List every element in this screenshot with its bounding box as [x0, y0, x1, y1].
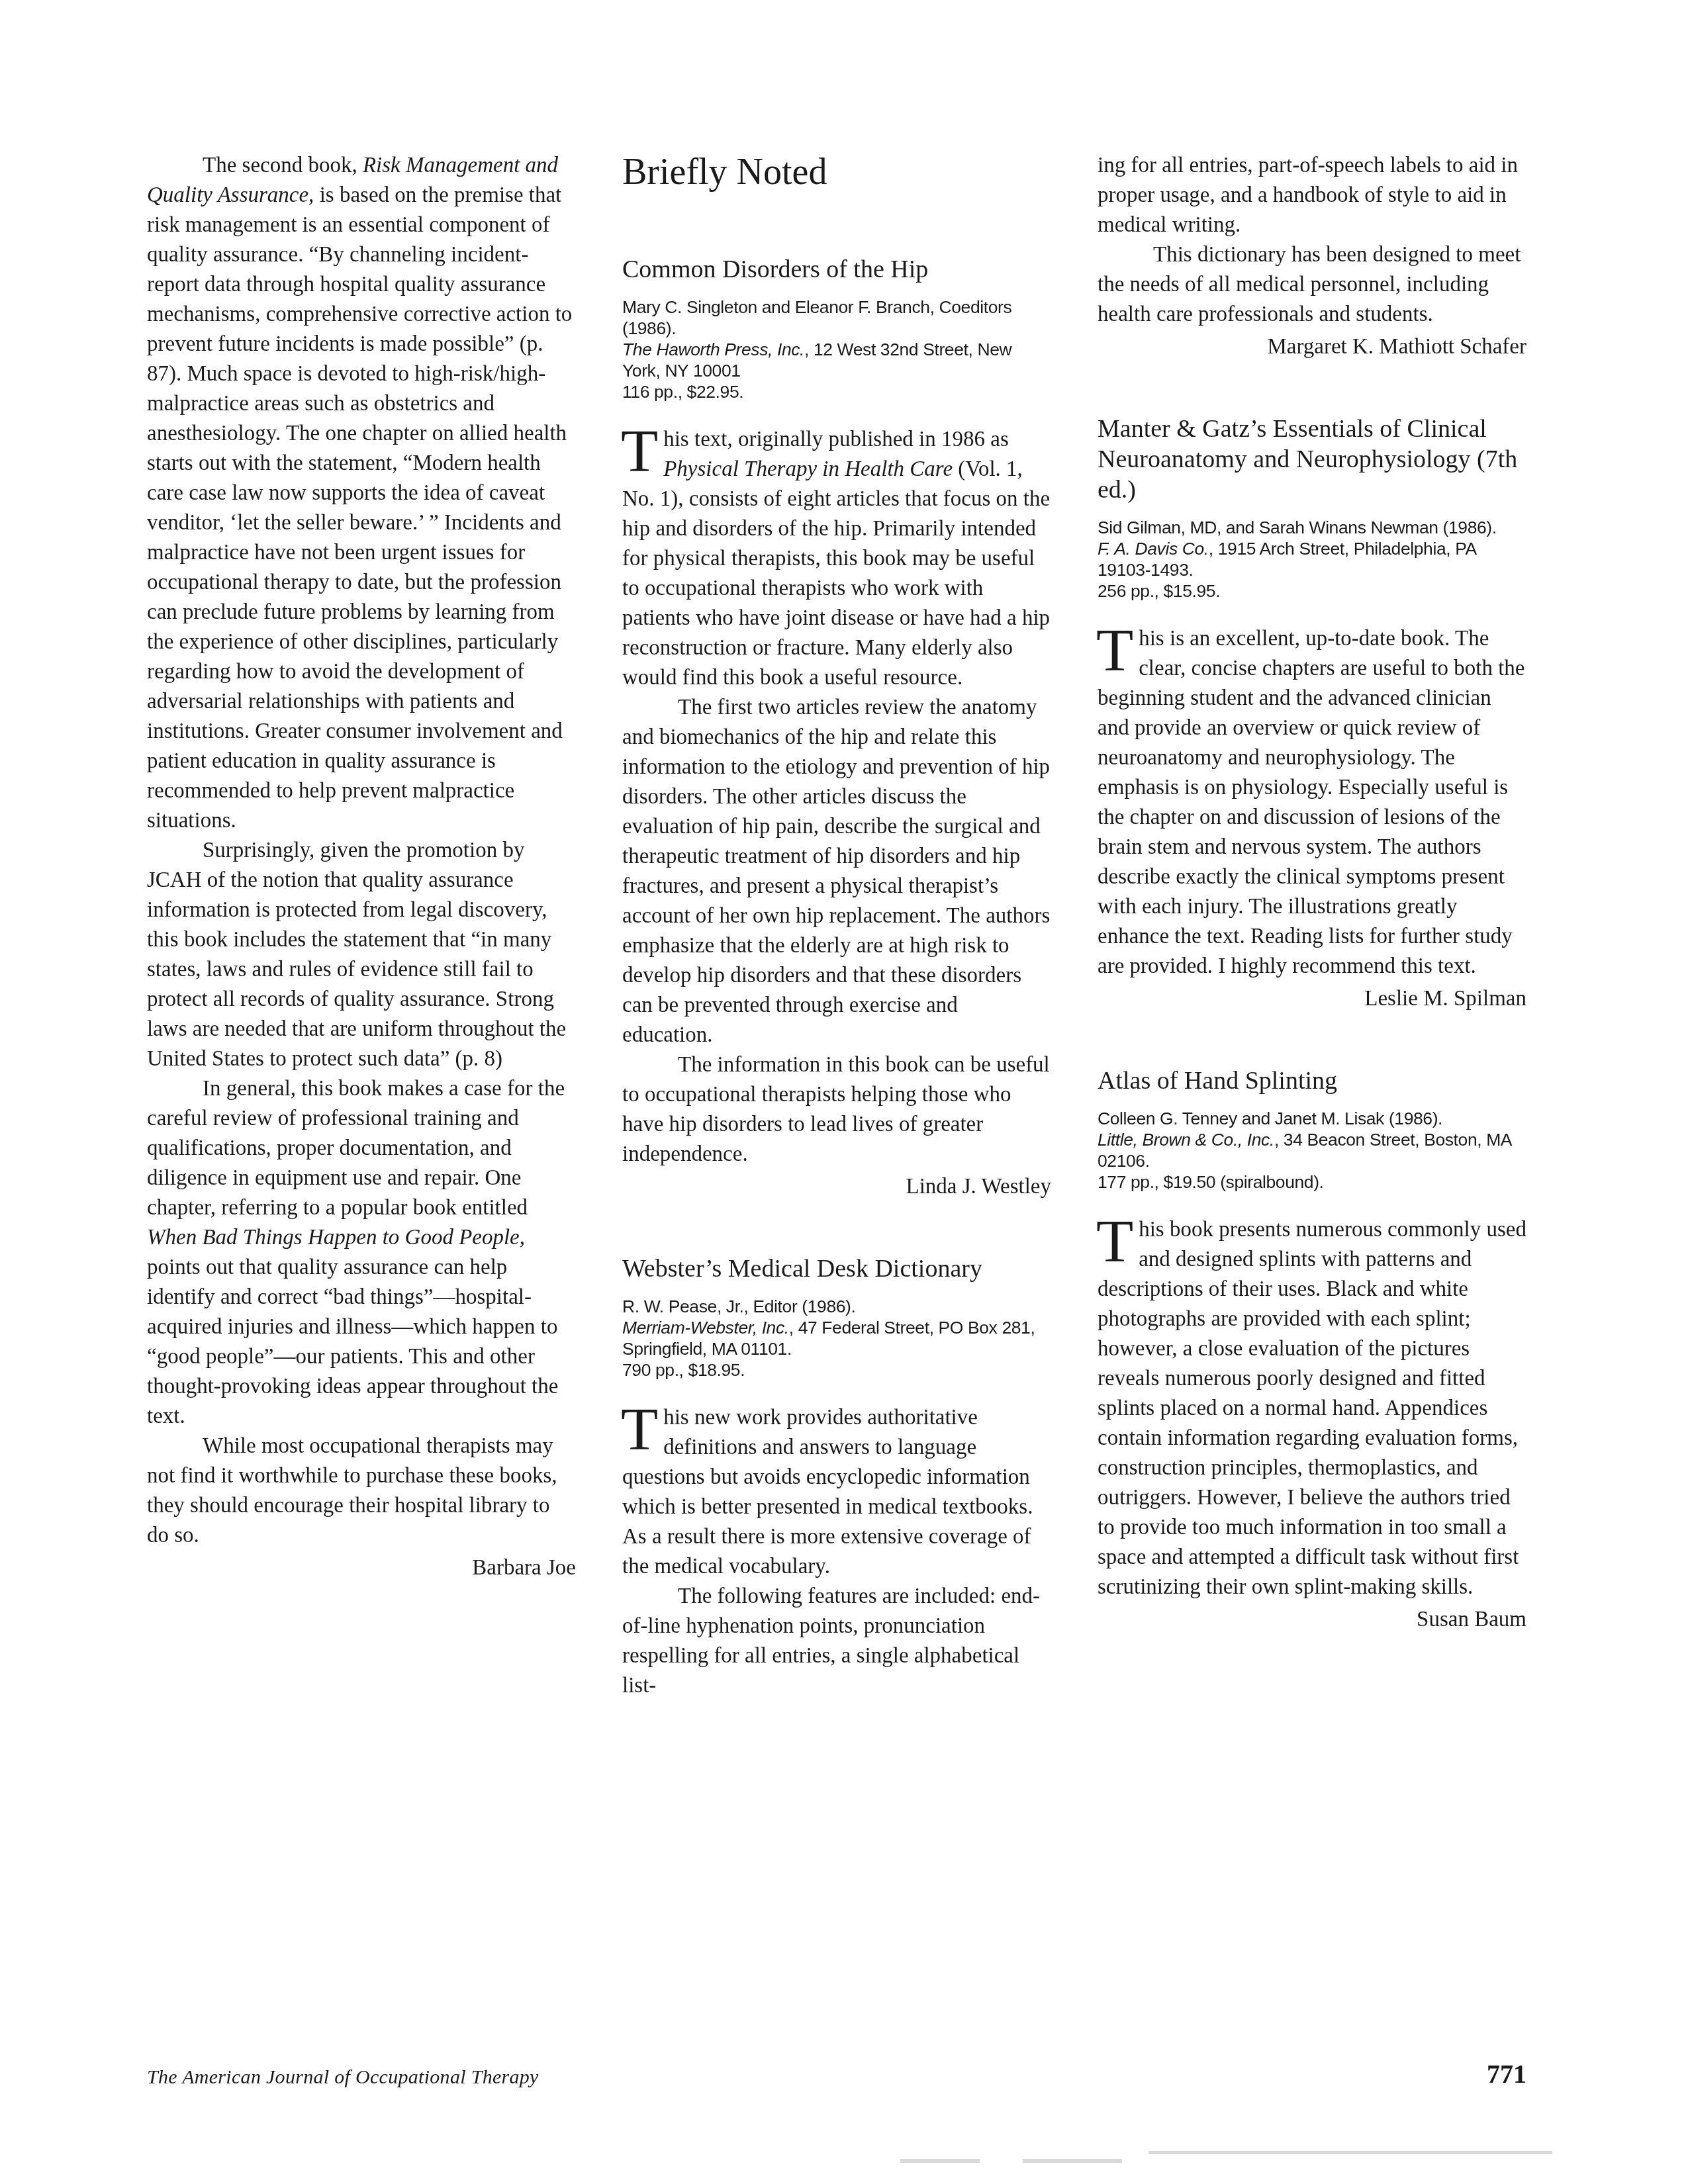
column-1: The second book, Risk Management and Qua…: [147, 151, 576, 1583]
citation-publisher: Little, Brown & Co., Inc.: [1098, 1130, 1274, 1150]
paragraph: The second book, Risk Management and Qua…: [147, 151, 576, 836]
citation-publisher: The Haworth Press, Inc.: [622, 340, 804, 359]
review-hand-splinting: Atlas of Hand Splinting Colleen G. Tenne…: [1098, 1066, 1526, 1635]
citation-details: 256 pp., $15.95.: [1098, 580, 1526, 602]
paragraph: ing for all entries, part-of-speech labe…: [1098, 151, 1526, 240]
paragraph: This text, originally published in 1986 …: [622, 425, 1051, 693]
text-run: his new work provides authoritative defi…: [622, 1406, 1033, 1578]
italic-title: Physical Therapy in Health Care: [663, 457, 953, 481]
text-run: is based on the premise that risk manage…: [147, 183, 572, 833]
paragraph: The first two articles review the anatom…: [622, 693, 1051, 1050]
citation-authors: R. W. Pease, Jr., Editor (1986).: [622, 1296, 1051, 1317]
text-run: his text, originally published in 1986 a…: [663, 428, 1009, 451]
paragraph: This dictionary has been designed to mee…: [1098, 240, 1526, 330]
page-number: 771: [1487, 2058, 1526, 2089]
text-run: While most occupational therapists may n…: [147, 1434, 557, 1547]
scan-artifact: [900, 2159, 980, 2163]
text-run: This dictionary has been designed to mee…: [1098, 243, 1521, 326]
drop-cap: T: [621, 426, 658, 475]
citation: Mary C. Singleton and Eleanor F. Branch,…: [622, 296, 1051, 402]
citation-publisher: F. A. Davis Co.: [1098, 539, 1209, 559]
drop-cap: T: [1096, 625, 1133, 674]
running-footer-journal: The American Journal of Occupational The…: [147, 2066, 539, 2089]
text-run: his is an excellent, up-to-date book. Th…: [1098, 627, 1524, 978]
review-body: This text, originally published in 1986 …: [622, 425, 1051, 1169]
text-run: points out that quality assurance can he…: [147, 1255, 558, 1428]
citation-publisher: Merriam-Webster, Inc.: [622, 1318, 789, 1338]
text-run: The second book,: [203, 154, 363, 177]
review-title: Webster’s Medical Desk Dictionary: [622, 1253, 1051, 1284]
column-2: Briefly Noted Common Disorders of the Hi…: [622, 151, 1051, 1701]
reviewer-signature: Susan Baum: [1098, 1605, 1526, 1635]
reviewer-signature: Leslie M. Spilman: [1098, 984, 1526, 1014]
reviewer-signature: Barbara Joe: [147, 1553, 576, 1583]
citation: Sid Gilman, MD, and Sarah Winans Newman …: [1098, 517, 1526, 602]
text-run: his book presents numerous commonly used…: [1098, 1218, 1526, 1599]
paragraph: The information in this book can be usef…: [622, 1050, 1051, 1169]
reviewer-signature: Linda J. Westley: [622, 1172, 1051, 1202]
text-run: ing for all entries, part-of-speech labe…: [1098, 154, 1518, 237]
review-title: Manter & Gatz’s Essentials of Clinical N…: [1098, 414, 1526, 505]
text-run: The information in this book can be usef…: [622, 1053, 1050, 1166]
paragraph: Surprisingly, given the promotion by JCA…: [147, 836, 576, 1074]
review-hip: Common Disorders of the Hip Mary C. Sing…: [622, 254, 1051, 1202]
citation: Colleen G. Tenney and Janet M. Lisak (19…: [1098, 1108, 1526, 1193]
drop-cap: T: [621, 1404, 658, 1453]
review-body: This new work provides authoritative def…: [622, 1403, 1051, 1701]
review-title: Atlas of Hand Splinting: [1098, 1066, 1526, 1096]
paragraph: The following features are included: end…: [622, 1582, 1051, 1701]
italic-title: When Bad Things Happen to Good People,: [147, 1226, 525, 1250]
continued-review-body: The second book, Risk Management and Qua…: [147, 151, 576, 1551]
review-body: This book presents numerous commonly use…: [1098, 1215, 1526, 1602]
review-neuroanatomy: Manter & Gatz’s Essentials of Clinical N…: [1098, 414, 1526, 1014]
text-run: The first two articles review the anatom…: [622, 696, 1050, 1047]
review-websters-continued: ing for all entries, part-of-speech labe…: [1098, 151, 1526, 362]
citation-authors: Sid Gilman, MD, and Sarah Winans Newman …: [1098, 517, 1526, 538]
citation-details: 116 pp., $22.95.: [622, 381, 1051, 402]
citation-details: 177 pp., $19.50 (spiralbound).: [1098, 1171, 1526, 1193]
text-run: The following features are included: end…: [622, 1584, 1040, 1698]
column-3: ing for all entries, part-of-speech labe…: [1098, 151, 1526, 1635]
paragraph: This new work provides authoritative def…: [622, 1403, 1051, 1582]
review-title: Common Disorders of the Hip: [622, 254, 1051, 285]
text-run: (Vol. 1, No. 1), consists of eight artic…: [622, 457, 1050, 690]
review-body-continued: ing for all entries, part-of-speech labe…: [1098, 151, 1526, 330]
scan-artifact: [1023, 2159, 1122, 2163]
reviewer-signature: Margaret K. Mathiott Schafer: [1098, 332, 1526, 362]
text-run: In general, this book makes a case for t…: [147, 1077, 565, 1220]
paragraph: In general, this book makes a case for t…: [147, 1074, 576, 1432]
citation-authors: Colleen G. Tenney and Janet M. Lisak (19…: [1098, 1108, 1526, 1129]
drop-cap: T: [1096, 1216, 1133, 1265]
citation-details: 790 pp., $18.95.: [622, 1359, 1051, 1381]
review-websters: Webster’s Medical Desk Dictionary R. W. …: [622, 1253, 1051, 1701]
citation: R. W. Pease, Jr., Editor (1986). Merriam…: [622, 1296, 1051, 1381]
scan-artifact: [1149, 2151, 1552, 2154]
review-body: This is an excellent, up-to-date book. T…: [1098, 624, 1526, 981]
paragraph: While most occupational therapists may n…: [147, 1432, 576, 1551]
paragraph: This book presents numerous commonly use…: [1098, 1215, 1526, 1602]
paragraph: This is an excellent, up-to-date book. T…: [1098, 624, 1526, 981]
section-title: Briefly Noted: [622, 151, 1051, 193]
citation-authors: Mary C. Singleton and Eleanor F. Branch,…: [622, 296, 1051, 339]
text-run: Surprisingly, given the promotion by JCA…: [147, 839, 566, 1071]
